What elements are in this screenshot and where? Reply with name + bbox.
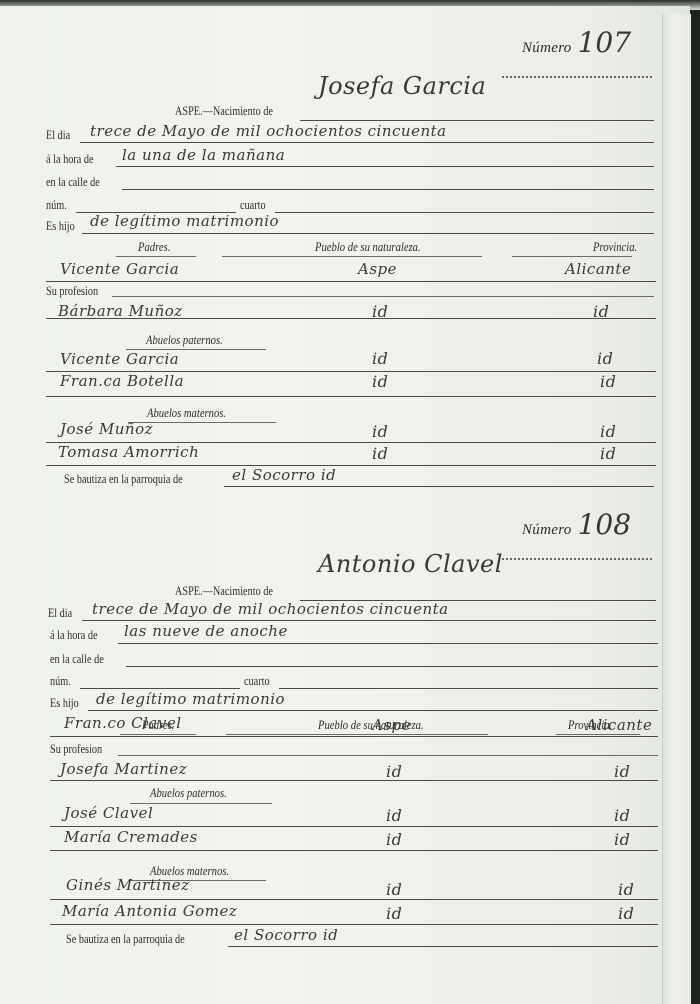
- maternal-grandmother: María Antonia Gomez: [62, 902, 237, 920]
- birth-date: trece de Mayo de mil ochocientos cincuen…: [92, 600, 449, 618]
- paternal-grandmother-provincia: id: [600, 372, 616, 391]
- record-number-value: 108: [578, 508, 631, 541]
- father-pueblo: Aspe: [358, 260, 397, 278]
- num-label: núm.: [46, 198, 67, 213]
- maternal-grandfather-provincia: id: [600, 422, 616, 441]
- es-hijo-label: Es hijo: [46, 219, 75, 234]
- form-line: [50, 736, 658, 737]
- maternal-grandmother-provincia: id: [618, 904, 634, 923]
- header-rule: [116, 256, 196, 257]
- nacimiento-label: ASPE.—Nacimiento de: [175, 584, 273, 599]
- maternal-grandmother-pueblo: id: [372, 444, 388, 463]
- form-line: [82, 620, 656, 621]
- father-provincia: Alicante: [565, 260, 631, 278]
- paternal-grandfather: Vicente Garcia: [60, 350, 179, 368]
- record-number: Número108: [522, 508, 631, 541]
- hora-label: á la hora de: [46, 152, 94, 167]
- paternal-grandfather-provincia: id: [614, 806, 630, 825]
- form-line: [80, 142, 654, 143]
- abuelos-maternos-header: Abuelos maternos.: [147, 406, 226, 421]
- es-hijo-label: Es hijo: [50, 696, 79, 711]
- pueblo-header: Pueblo de su naturaleza.: [315, 240, 421, 255]
- parish: el Socorro id: [232, 466, 336, 484]
- paternal-grandfather-pueblo: id: [386, 806, 402, 825]
- form-line: [50, 826, 658, 827]
- header-rule: [222, 256, 482, 257]
- form-line: [118, 755, 658, 756]
- form-line: [126, 666, 658, 667]
- el-dia-label: El dia: [48, 606, 72, 621]
- paternal-grandmother: María Cremades: [64, 828, 198, 846]
- form-line: [88, 710, 658, 711]
- bautiza-label: Se bautiza en la parroquia de: [64, 472, 183, 487]
- profesion-label: Su profesion: [50, 742, 102, 757]
- header-rule: [556, 734, 640, 735]
- form-line: [112, 296, 654, 297]
- abuelos-paternos-header: Abuelos paternos.: [146, 333, 223, 348]
- mother-pueblo: id: [386, 762, 402, 781]
- numero-label: Número: [522, 40, 572, 56]
- parish: el Socorro id: [234, 926, 338, 944]
- form-line: [50, 850, 658, 851]
- form-line: [224, 486, 654, 487]
- legitimacy: de legítimo matrimonio: [90, 212, 279, 230]
- paternal-grandfather-provincia: id: [597, 349, 613, 368]
- form-line: [300, 120, 654, 121]
- maternal-grandmother-provincia: id: [600, 444, 616, 463]
- form-line: [46, 318, 656, 319]
- father-pueblo: Aspe: [372, 716, 411, 734]
- form-line: [46, 396, 656, 397]
- el-dia-label: El dia: [46, 128, 70, 143]
- calle-label: en la calle de: [50, 652, 104, 667]
- father-provincia: Alicante: [586, 716, 652, 734]
- father-name: Vicente Garcia: [60, 260, 179, 278]
- form-line: [50, 899, 658, 900]
- form-line: [118, 643, 658, 644]
- record-number: Número107: [522, 26, 631, 59]
- maternal-grandfather-pueblo: id: [372, 422, 388, 441]
- register-page: Número107 ASPE.—Nacimiento de Josefa Gar…: [0, 6, 690, 1004]
- provincia-header: Provincia.: [593, 240, 637, 255]
- father-name: Fran.co Clavel: [64, 714, 182, 732]
- birth-time: la una de la mañana: [122, 146, 285, 164]
- header-rule: [120, 734, 196, 735]
- bautiza-label: Se bautiza en la parroquia de: [66, 932, 185, 947]
- form-line: [82, 233, 654, 234]
- mother-name: Josefa Martinez: [60, 760, 187, 778]
- paternal-grandfather-pueblo: id: [372, 349, 388, 368]
- paternal-grandmother-pueblo: id: [372, 372, 388, 391]
- profesion-label: Su profesion: [46, 284, 98, 299]
- paternal-grandmother-pueblo: id: [386, 830, 402, 849]
- form-line: [275, 212, 654, 213]
- mother-provincia: id: [614, 762, 630, 781]
- legitimacy: de legítimo matrimonio: [96, 690, 285, 708]
- paternal-grandmother-provincia: id: [614, 830, 630, 849]
- calle-label: en la calle de: [46, 175, 100, 190]
- form-line: [80, 688, 240, 689]
- cuarto-label: cuarto: [240, 198, 266, 213]
- form-line: [50, 780, 658, 781]
- header-rule: [512, 256, 632, 257]
- paternal-grandfather: José Clavel: [64, 804, 153, 822]
- child-name: Josefa Garcia: [318, 72, 486, 100]
- form-line: [122, 189, 654, 190]
- cuarto-label: cuarto: [244, 674, 270, 689]
- header-rule: [226, 734, 488, 735]
- maternal-grandfather-pueblo: id: [386, 880, 402, 899]
- abuelos-paternos-header: Abuelos paternos.: [150, 786, 227, 801]
- form-line: [46, 281, 656, 282]
- maternal-grandmother-pueblo: id: [386, 904, 402, 923]
- hora-label: á la hora de: [50, 628, 98, 643]
- numero-label: Número: [522, 522, 572, 538]
- maternal-grandfather-provincia: id: [618, 880, 634, 899]
- number-underline: [502, 76, 652, 78]
- form-line: [46, 465, 656, 466]
- maternal-grandfather: Ginés Martinez: [66, 876, 190, 894]
- page-edge: [662, 14, 691, 1004]
- form-line: [116, 166, 654, 167]
- child-name: Antonio Clavel: [318, 550, 503, 578]
- maternal-grandfather: José Muñoz: [60, 420, 153, 438]
- maternal-grandmother: Tomasa Amorrich: [58, 443, 199, 461]
- number-underline: [502, 558, 652, 560]
- num-label: núm.: [50, 674, 71, 689]
- paternal-grandmother: Fran.ca Botella: [60, 372, 184, 390]
- nacimiento-label: ASPE.—Nacimiento de: [175, 104, 273, 119]
- birth-time: las nueve de anoche: [124, 622, 288, 640]
- form-line: [50, 924, 658, 925]
- form-line: [279, 688, 658, 689]
- record-number-value: 107: [578, 26, 631, 59]
- padres-header: Padres.: [138, 240, 170, 255]
- birth-date: trece de Mayo de mil ochocientos cincuen…: [90, 122, 447, 140]
- form-line: [228, 946, 658, 947]
